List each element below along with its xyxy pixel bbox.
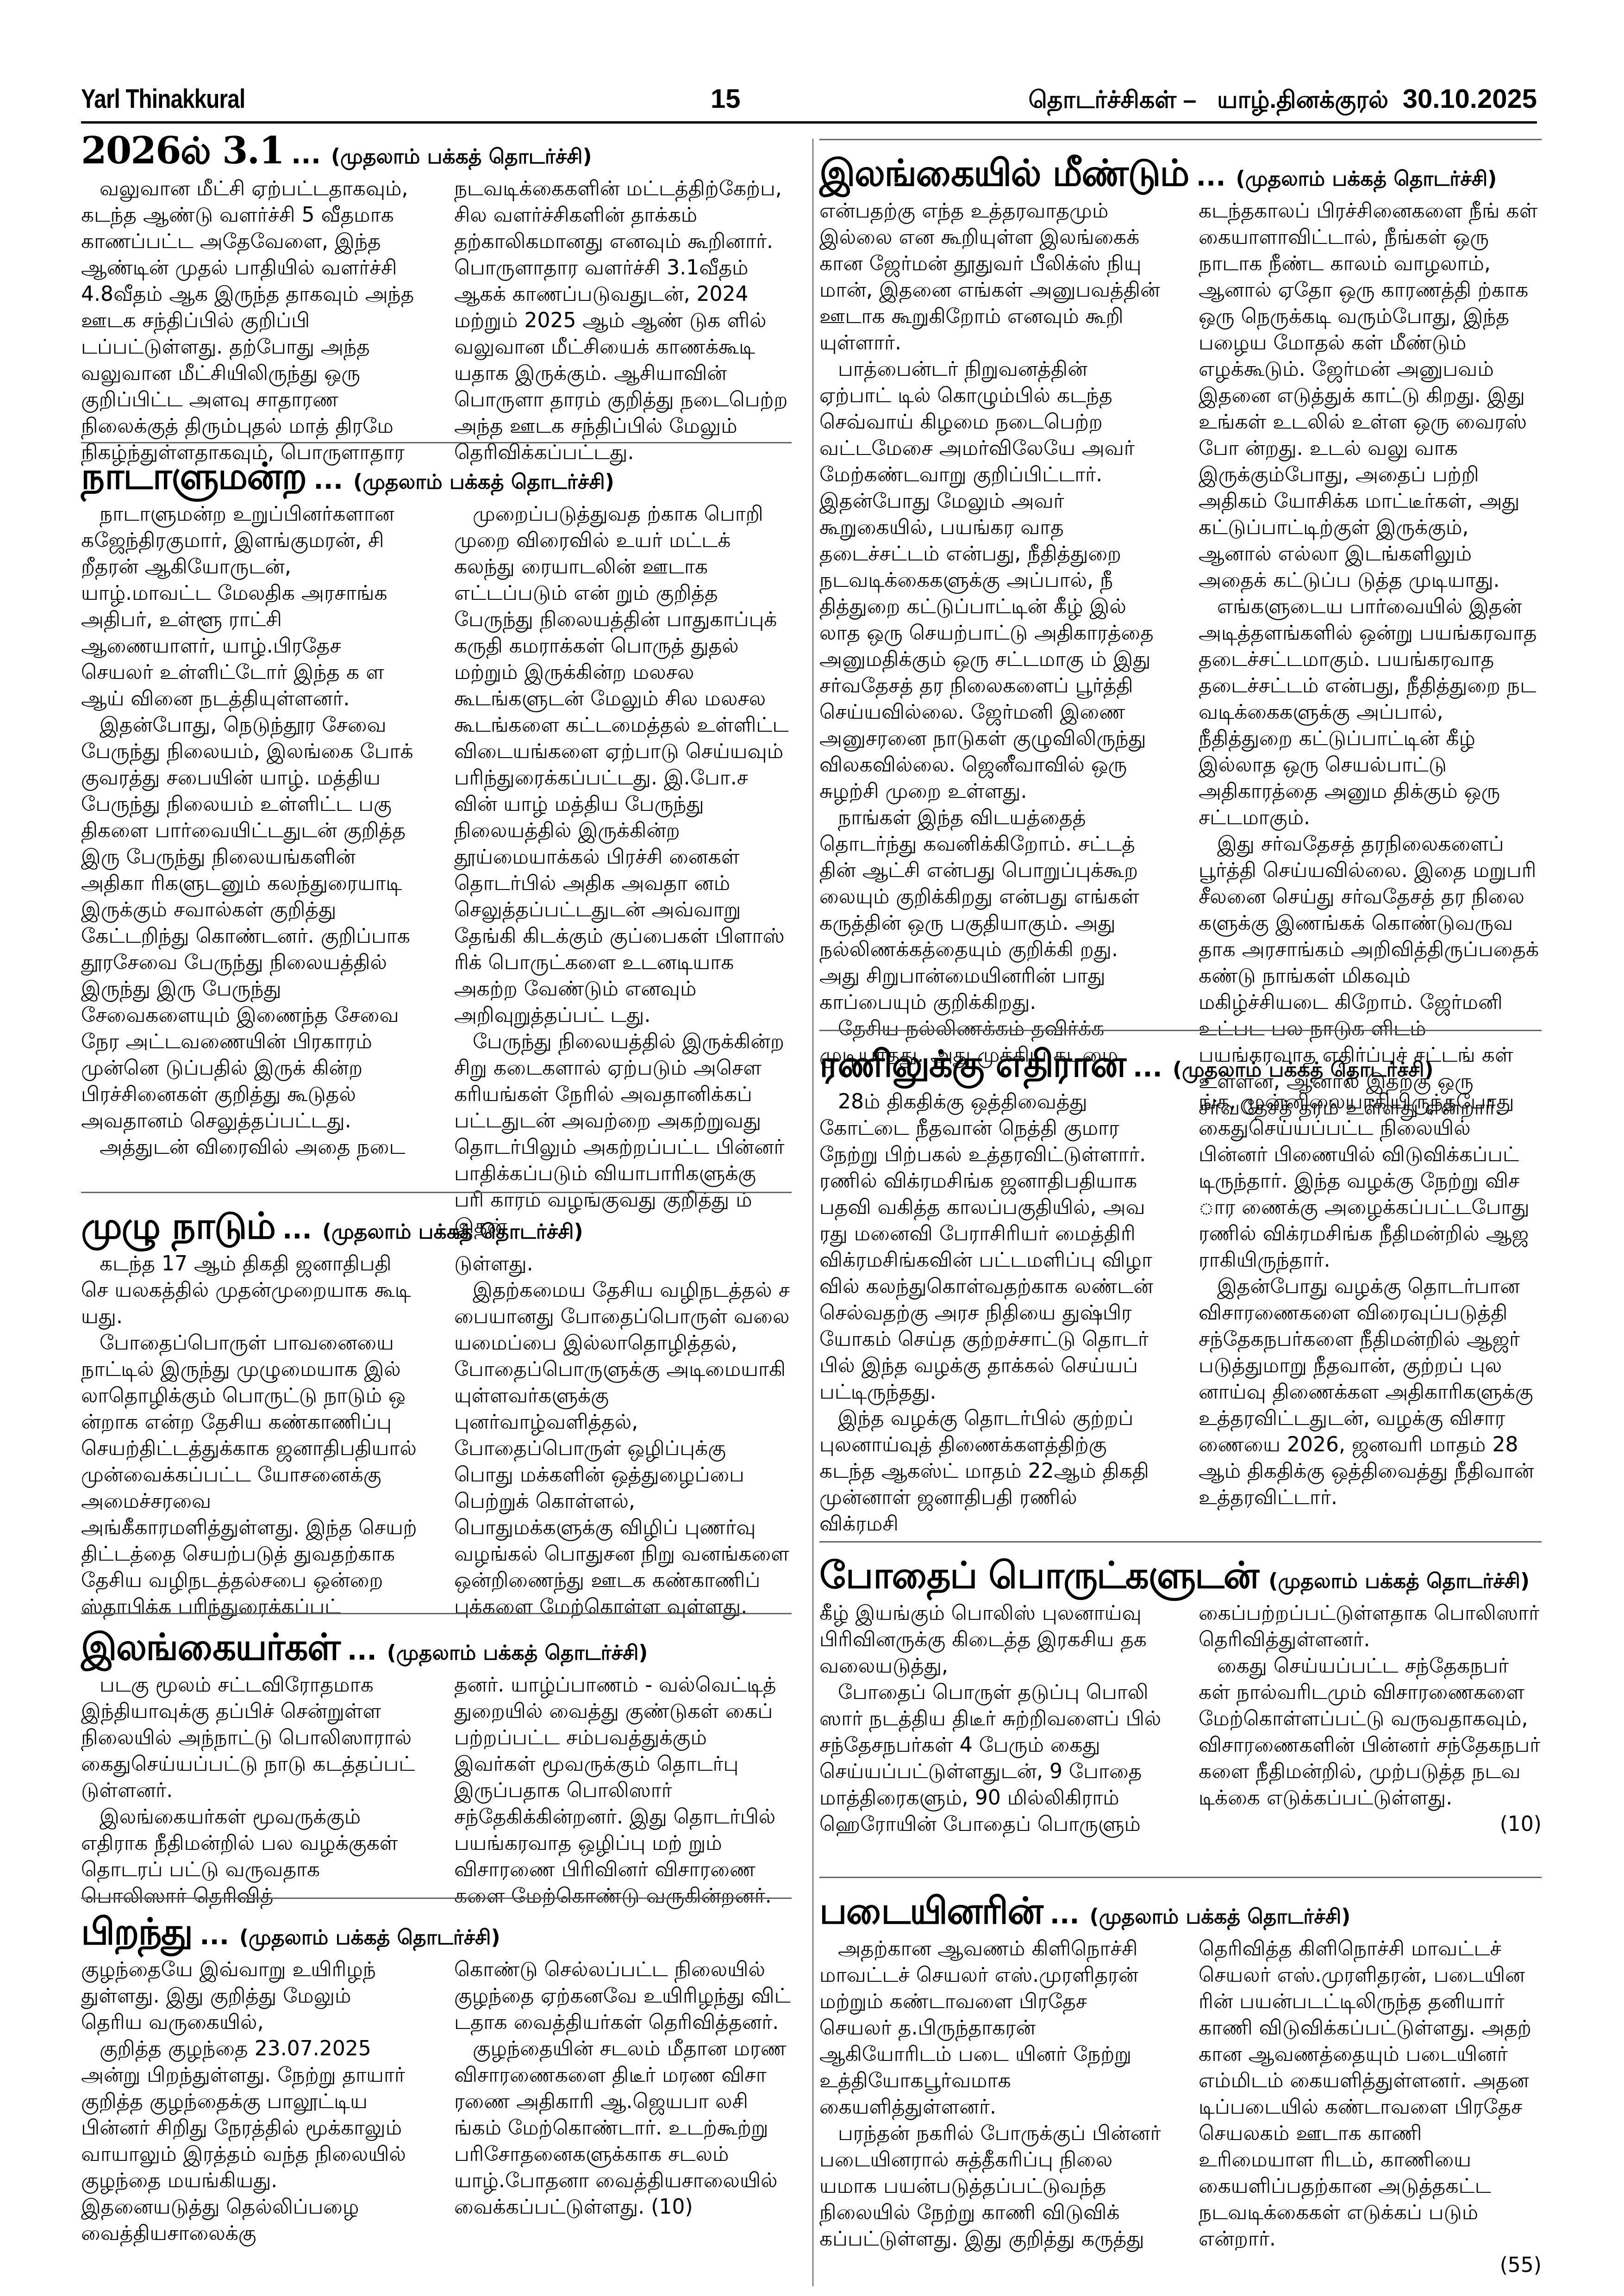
article-headline: இலங்கையில் மீண்டும்...(முதலாம் பக்கத் தொ… — [819, 154, 1542, 191]
publication-name: Yarl Thinakkural — [81, 83, 245, 114]
article-column-2: தனர். யாழ்ப்பாணம் - வல்வெட்டித் துறையில்… — [454, 1672, 792, 1909]
article-headline: இலங்கையர்கள்...(முதலாம் பக்கத் தொடர்ச்சி… — [81, 1628, 792, 1665]
article-column-2: ங்க, முன்னிலையாகியிருந்தபோது கைதுசெய்யப்… — [1199, 1089, 1542, 1537]
article-headline: படையினரின்...(முதலாம் பக்கத் தொடர்ச்சி) — [819, 1892, 1542, 1929]
section-divider — [81, 442, 792, 443]
article-2026: 2026ல் 3.1...(முதலாம் பக்கத் தொடர்ச்சி) … — [81, 132, 792, 466]
article-column-1: 28ம் திகதிக்கு ஒத்திவைத்து கோட்டை நீதவான… — [819, 1089, 1162, 1537]
section-divider — [81, 1613, 792, 1614]
continued-label: (முதலாம் பக்கத் தொடர்ச்சி) — [1268, 1569, 1530, 1593]
article-column-2: தெரிவித்த கிளிநொச்சி மாவட்டச் செயலர் எஸ்… — [1199, 1935, 1542, 2278]
article-headline: ரணிலுக்கு எதிரான...(முதலாம் பக்கத் தொடர்… — [819, 1045, 1542, 1082]
article-nadalumandra: நாடாளுமன்ற...(முதலாம் பக்கத் தொடர்ச்சி) … — [81, 442, 792, 1239]
paper-name-tamil: யாழ்.தினக்குரல் — [1217, 87, 1388, 113]
article-headline: போதைப் பொருட்களுடன்(முதலாம் பக்கத் தொடர்… — [819, 1556, 1542, 1593]
article-headline: பிறந்து...(முதலாம் பக்கத் தொடர்ச்சி) — [81, 1913, 792, 1950]
masthead-right: தொடர்ச்சிகள் – யாழ்.தினக்குரல் 30.10.202… — [1028, 83, 1537, 117]
article-pothai: போதைப் பொருட்களுடன்(முதலாம் பக்கத் தொடர்… — [819, 1541, 1542, 1837]
article-column-1: நாடாளுமன்ற உறுப்பினர்களான கஜேந்திரகுமார்… — [81, 501, 418, 1239]
article-ilangaiyil-meendum: இலங்கையில் மீண்டும்...(முதலாம் பக்கத் தொ… — [819, 139, 1542, 1121]
continued-label: (முதலாம் பக்கத் தொடர்ச்சி) — [1090, 1905, 1351, 1929]
article-ilangaiyargal: இலங்கையர்கள்...(முதலாம் பக்கத் தொடர்ச்சி… — [81, 1613, 792, 1909]
article-column-1: என்பதற்கு எந்த உத்தரவாதமும் இல்லை என கூற… — [819, 198, 1162, 1121]
section-divider — [819, 1877, 1542, 1878]
article-column-1: வலுவான மீட்சி ஏற்பட்டதாகவும், கடந்த ஆண்ட… — [81, 175, 418, 466]
section-divider — [819, 1030, 1542, 1031]
continued-label: (முதலாம் பக்கத் தொடர்ச்சி) — [239, 1926, 500, 1949]
article-column-1: படகு மூலம் சட்டவிரோதமாக இந்தியாவுக்கு தப… — [81, 1672, 418, 1909]
masthead-rule — [81, 121, 1537, 124]
section-divider — [819, 1541, 1542, 1543]
article-headline: முழு நாடும்...(முதலாம் பக்கத் தொடர்ச்சி) — [81, 1207, 792, 1244]
article-column-2: கொண்டு செல்லப்பட்ட நிலையில் குழந்தை ஏற்க… — [454, 1956, 792, 2246]
article-headline: நாடாளுமன்ற...(முதலாம் பக்கத் தொடர்ச்சி) — [81, 457, 792, 494]
article-headline: 2026ல் 3.1...(முதலாம் பக்கத் தொடர்ச்சி) — [81, 132, 792, 169]
continued-label: (முதலாம் பக்கத் தொடர்ச்சி) — [353, 470, 614, 494]
center-column-divider — [812, 139, 813, 2286]
article-ranilukku: ரணிலுக்கு எதிரான...(முதலாம் பக்கத் தொடர்… — [819, 1030, 1542, 1537]
section-label: தொடர்ச்சிகள் – — [1028, 87, 1196, 113]
section-divider — [81, 1898, 792, 1899]
article-column-2: கைப்பற்றப்பட்டுள்ளதாக பொலிஸார் தெரிவித்த… — [1199, 1600, 1542, 1837]
article-column-1: கீழ் இயங்கும் பொலிஸ் புலனாய்வு பிரிவினரு… — [819, 1600, 1162, 1837]
section-divider — [819, 139, 1542, 140]
article-end-code: (55) — [1199, 2252, 1542, 2278]
article-column-1: குழந்தையே இவ்வாறு உயிரிழந் துள்ளது. இது … — [81, 1956, 418, 2246]
article-column-2: நடவடிக்கைகளின் மட்டத்திற்கேற்ப, சில வளர்… — [454, 175, 792, 466]
continued-label: (முதலாம் பக்கத் தொடர்ச்சி) — [1236, 167, 1497, 191]
continued-label: (முதலாம் பக்கத் தொடர்ச்சி) — [387, 1641, 648, 1665]
page-number: 15 — [711, 83, 741, 114]
article-muzhu-nadum: முழு நாடும்...(முதலாம் பக்கத் தொடர்ச்சி)… — [81, 1192, 792, 1620]
article-padaiyinarin: படையினரின்...(முதலாம் பக்கத் தொடர்ச்சி) … — [819, 1877, 1542, 2278]
issue-date: 30.10.2025 — [1403, 84, 1537, 114]
continued-label: (முதலாம் பக்கத் தொடர்ச்சி) — [331, 145, 592, 168]
continued-label: (முதலாம் பக்கத் தொடர்ச்சி) — [1173, 1058, 1434, 1082]
article-column-1: அதற்கான ஆவணம் கிளிநொச்சி மாவட்டச் செயலர்… — [819, 1935, 1162, 2278]
article-column-2: டுள்ளது. இதற்கமைய தேசிய வழிநடத்தல் ச பைய… — [454, 1251, 792, 1620]
article-column-1: கடந்த 17 ஆம் திகதி ஜனாதிபதி செ யலகத்தில்… — [81, 1251, 418, 1620]
section-divider — [81, 1192, 792, 1193]
article-piranthu: பிறந்து...(முதலாம் பக்கத் தொடர்ச்சி) குழ… — [81, 1898, 792, 2246]
article-column-2: கடந்தகாலப் பிரச்சினைகளை நீங் கள் கையாளாவ… — [1199, 198, 1542, 1121]
article-end-code: (10) — [1199, 1811, 1542, 1837]
article-column-2: முறைப்படுத்துவத ற்காக பொறி முறை விரைவில்… — [454, 501, 792, 1239]
continued-label: (முதலாம் பக்கத் தொடர்ச்சி) — [322, 1220, 583, 1244]
masthead: Yarl Thinakkural 15 தொடர்ச்சிகள் – யாழ்.… — [81, 83, 1537, 116]
